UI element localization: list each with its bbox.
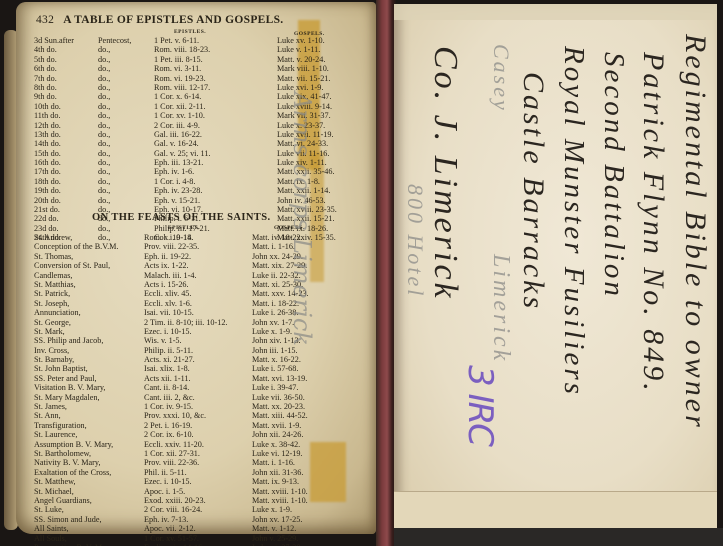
- sunday-label: 18th do.: [34, 177, 61, 186]
- epistle-ref: Acts. xi. 21-27.: [144, 355, 195, 364]
- gospel-ref: John iii. 1-15.: [252, 346, 298, 355]
- feast-name: St. Joseph,: [34, 299, 69, 308]
- epistle-ref: Eccli. xliv. 45.: [144, 289, 191, 298]
- inscription-line: Royal Munster Fusiliers: [557, 46, 590, 397]
- epistle-ref: 2 Cor. viii. 16-24.: [144, 505, 202, 514]
- epistle-ref: 2 Pet. i. 16-19.: [144, 421, 192, 430]
- sunday-label: 11th do.: [34, 111, 61, 120]
- feast-name: All Saints,: [34, 524, 69, 533]
- feast-name: St. Bartholomew,: [34, 449, 91, 458]
- feast-name: St. James,: [34, 402, 67, 411]
- gospel-ref: Matt. i. 1-16.: [252, 458, 295, 467]
- sunday-label: 7th do.: [34, 74, 57, 83]
- epistle-ref: Prov. viii. 22-35.: [144, 242, 199, 251]
- feast-name: St. Matthias,: [34, 280, 76, 289]
- book-cover-edge: [394, 528, 723, 546]
- feast-name: St. Mary Magdalen,: [34, 393, 100, 402]
- gospel-ref: Matt. ix. 9-13.: [252, 477, 299, 486]
- gospel-ref: John xii. 24-26.: [252, 430, 303, 439]
- epistle-ref: Eph. ii. 19-22.: [144, 252, 191, 261]
- epistle-ref: Apoc. i. 1-5.: [144, 487, 185, 496]
- epistle-ref: Cant. ii. 8-14.: [144, 383, 189, 392]
- season-label: do.,: [98, 177, 110, 186]
- gospel-ref: Matt. xviii. 1-10.: [252, 487, 308, 496]
- sunday-label: 9th do.: [34, 92, 57, 101]
- gospel-ref: Matt. xviii. 1-10.: [252, 496, 308, 505]
- epistle-ref: 2 Cor. iii. 4-9.: [154, 121, 200, 130]
- epistle-ref: Philip. ii. 5-11.: [144, 346, 193, 355]
- epistles-header: EPISTLES.: [174, 29, 206, 35]
- sunday-label: 5th do.: [34, 55, 57, 64]
- season-label: do.,: [98, 92, 110, 101]
- inscription-line: Regimental Bible to owner: [678, 34, 712, 430]
- saints-section-title: ON THE FEASTS OF THE SAINTS.: [92, 212, 270, 223]
- epistle-ref: Eph. iii. 13-21.: [154, 158, 203, 167]
- season-label: do.,: [98, 74, 110, 83]
- epistle-ref: Malach. iii. 1-4.: [144, 271, 197, 280]
- epistle-ref: 1 Cor. xii. 27-31.: [144, 449, 200, 458]
- season-label: do.,: [98, 149, 110, 158]
- feast-name: SS. Peter and Paul,: [34, 374, 97, 383]
- epistle-ref: 1 Cor. xv. 51-57.: [144, 534, 199, 543]
- season-label: do.,: [98, 64, 110, 73]
- gospel-ref: Luke x. 1-9.: [252, 505, 292, 514]
- book-spine: [376, 0, 396, 546]
- sunday-label: 13th do.: [34, 130, 61, 139]
- page-number: 432: [36, 14, 60, 26]
- gospel-ref: Matt. x. 16-22.: [252, 355, 301, 364]
- page-header: 432 A TABLE OF EPISTLES AND GOSPELS.: [36, 14, 283, 26]
- epistle-ref: Ezec. i. 10-15.: [144, 327, 192, 336]
- page-strip: [394, 491, 717, 528]
- gospel-ref: Luke x. 38-42.: [252, 440, 300, 449]
- feast-name: St. Andrew,: [34, 233, 72, 242]
- feast-name: Annunciation,: [34, 308, 81, 317]
- gospel-ref: Luke v. 1-11.: [277, 45, 320, 54]
- inscription-line: Co. J. Limerick: [426, 46, 464, 301]
- season-label: do.,: [98, 186, 110, 195]
- pencil-margin-note: Arms corps Limerick: [288, 92, 316, 346]
- feast-name: St. Ann,: [34, 411, 61, 420]
- gospel-ref: Luke i. 57-68.: [252, 364, 298, 373]
- left-page: 432 A TABLE OF EPISTLES AND GOSPELS. EPI…: [16, 2, 376, 534]
- inscription-line: Second Battalion: [597, 52, 630, 299]
- feast-name: St. Mark,: [34, 327, 65, 336]
- gospel-ref: Luke vii. 36-50.: [252, 393, 305, 402]
- season-label: do.,: [98, 111, 110, 120]
- epistle-ref: 1 Cor. x. 6-14.: [154, 92, 201, 101]
- season-label: do.,: [98, 130, 110, 139]
- season-label: do.,: [98, 233, 110, 242]
- inscription-line: Patrick Flynn No. 849.: [636, 52, 670, 394]
- sunday-label: 17th do.: [34, 167, 61, 176]
- gospel-ref: Mark viii. 1-10.: [277, 64, 329, 73]
- gospel-ref: Matt. xiii. 44-52.: [252, 411, 308, 420]
- feast-name: St. Barnaby,: [34, 355, 74, 364]
- feast-name: Inv. Cross,: [34, 346, 69, 355]
- epistle-ref: 1 Cor. i. 4-8.: [154, 177, 195, 186]
- epistle-ref: Gal. iii. 16-22.: [154, 130, 202, 139]
- epistle-ref: 1 Pet. v. 6-11.: [154, 36, 199, 45]
- epistle-ref: Rom. x. 10-18.: [144, 233, 193, 242]
- sunday-label: 3d Sun.after: [34, 36, 74, 45]
- sunday-label: 4th do.: [34, 45, 57, 54]
- epistle-ref: Isai. xlix. 1-8.: [144, 364, 190, 373]
- pencil-note: 800 Hotel: [402, 184, 428, 298]
- epistle-ref: 1 Pet. iii. 8-15.: [154, 55, 203, 64]
- saints-epistles-header: EPISTLES.: [168, 225, 200, 231]
- sunday-label: 10th do.: [34, 102, 61, 111]
- feast-name: St. Luke,: [34, 505, 64, 514]
- epistle-ref: Rom. vi. 19-23.: [154, 74, 206, 83]
- feast-name: St. Thomas,: [34, 252, 73, 261]
- gospel-ref: Matt. vii. 15-21.: [277, 74, 330, 83]
- feast-name: SS. Philip and Jacob,: [34, 336, 103, 345]
- epistle-ref: 1 Cor. xv. 1-10.: [154, 111, 205, 120]
- epistle-ref: Eph. v. 15-21.: [154, 196, 200, 205]
- feast-name: Transfiguration,: [34, 421, 87, 430]
- season-label: do.,: [98, 55, 110, 64]
- epistle-ref: Eccli. xlv. 1-6.: [144, 299, 192, 308]
- feast-name: St. Michael,: [34, 487, 74, 496]
- gospel-ref: Luke xvi. 1-9.: [277, 83, 323, 92]
- gospel-ref: John v. 25-29.: [252, 534, 298, 543]
- gospel-ref: Matt. v. 1-12.: [252, 524, 296, 533]
- page-title: A TABLE OF EPISTLES AND GOSPELS.: [63, 14, 283, 26]
- feast-name: St. Laurence,: [34, 430, 77, 439]
- gospel-ref: Matt. xvii. 1-9.: [252, 421, 301, 430]
- gospel-ref: Matt. v. 20-24.: [277, 55, 325, 64]
- gospel-ref: John xv. 17-25.: [252, 515, 302, 524]
- sunday-label: 19th do.: [34, 186, 61, 195]
- feast-name: St. John Baptist,: [34, 364, 88, 373]
- stain: [310, 442, 346, 502]
- season-label: do.,: [98, 45, 110, 54]
- right-page: Regimental Bible to owner Patrick Flynn …: [394, 4, 717, 528]
- open-book-photo: 432 A TABLE OF EPISTLES AND GOSPELS. EPI…: [0, 0, 723, 546]
- epistle-ref: Isai. vii. 10-15.: [144, 308, 194, 317]
- season-label: do.,: [98, 121, 110, 130]
- feast-name: Conversion of St. Paul,: [34, 261, 110, 270]
- season-label: do.,: [98, 196, 110, 205]
- season-label: do.,: [98, 83, 110, 92]
- pencil-note: Casey: [488, 44, 514, 113]
- gospel-ref: Luke vi. 12-19.: [252, 449, 302, 458]
- feast-name: Candlemas,: [34, 271, 72, 280]
- epistle-ref: 1 Cor. iv. 9-15.: [144, 402, 193, 411]
- season-label: do.,: [98, 158, 110, 167]
- epistle-ref: Gal. v. 16-24.: [154, 139, 199, 148]
- epistle-ref: Eccli. xxiv. 11-20.: [144, 440, 204, 449]
- sunday-label: 14th do.: [34, 139, 61, 148]
- gospel-ref: Luke xv. 1-10.: [277, 36, 325, 45]
- sunday-label: 8th do.: [34, 83, 57, 92]
- epistle-ref: Prov. viii. 22-36.: [144, 458, 199, 467]
- gospel-ref: John xii. 31-36.: [252, 468, 303, 477]
- season-label: do.,: [98, 139, 110, 148]
- feast-name: Assumption B. V. Mary,: [34, 440, 113, 449]
- page-strip: [394, 4, 717, 20]
- sunday-label: 16th do.: [34, 158, 61, 167]
- feast-name: SS. Simon and Jude,: [34, 515, 102, 524]
- epistle-ref: 1 Cor. xii. 2-11.: [154, 102, 206, 111]
- epistle-ref: Prov. xxxi. 10, &c.: [144, 411, 206, 420]
- feast-name: Visitation B. V. Mary,: [34, 383, 105, 392]
- epistle-ref: 2 Cor. ix. 6-10.: [144, 430, 194, 439]
- sunday-label: 15th do.: [34, 149, 61, 158]
- sunday-label: 12th do.: [34, 121, 61, 130]
- feast-name: St. George,: [34, 318, 71, 327]
- season-label: do.,: [98, 167, 110, 176]
- epistle-ref: Wis. v. 1-5.: [144, 336, 182, 345]
- feast-name: Exaltation of the Cross,: [34, 468, 111, 477]
- epistle-ref: Eph. iv. 7-13.: [144, 515, 188, 524]
- sunday-label: 22d do.: [34, 214, 59, 223]
- gospel-ref: Matt. xvi. 13-19.: [252, 374, 307, 383]
- sunday-label: 21st do.: [34, 205, 60, 214]
- season-label: do.,: [98, 224, 110, 233]
- epistle-ref: Rom. vi. 3-11.: [154, 64, 201, 73]
- epistle-ref: Ezec. i. 10-15.: [144, 477, 192, 486]
- epistle-ref: Acts i. 15-26.: [144, 280, 189, 289]
- inscription-line: Castle Barracks: [516, 72, 550, 311]
- epistle-ref: Acts ix. 1-22.: [144, 261, 189, 270]
- season-label: Pentecost,: [98, 36, 131, 45]
- epistle-ref: Phil. ii. 5-11.: [144, 468, 187, 477]
- epistle-ref: 2 Tim. ii. 8-10; iii. 10-12.: [144, 318, 227, 327]
- pencil-note: Limerick: [487, 254, 514, 363]
- season-label: do.,: [98, 102, 110, 111]
- epistle-ref: Exod. xxiii. 20-23.: [144, 496, 206, 505]
- feast-name: St. Patrick,: [34, 289, 70, 298]
- epistle-ref: Rom. viii. 12-17.: [154, 83, 210, 92]
- epistle-ref: Eph. iv. 1-6.: [154, 167, 194, 176]
- epistle-ref: Acts xii. 1-11.: [144, 374, 191, 383]
- epistle-ref: Gal. v. 25; vi. 11.: [154, 149, 210, 158]
- sunday-label: 6th do.: [34, 64, 57, 73]
- gospel-ref: Matt. xx. 20-23.: [252, 402, 305, 411]
- epistle-ref: Rom. viii. 18-23.: [154, 45, 210, 54]
- gospel-ref: Luke x. 1-9.: [252, 327, 292, 336]
- sunday-label: 23d do.: [34, 224, 59, 233]
- sunday-label: 20th do.: [34, 196, 61, 205]
- epistle-ref: Cant. iii. 2, &c.: [144, 393, 195, 402]
- feast-name: Angel Guardians,: [34, 496, 92, 505]
- feast-name: All Souls,: [34, 534, 67, 543]
- epistle-ref: Eph. iv. 23-28.: [154, 186, 202, 195]
- feast-name: St. Matthew,: [34, 477, 76, 486]
- purple-ink-mark: 3 IRC: [460, 365, 500, 445]
- gospel-ref: Luke i. 39-47.: [252, 383, 298, 392]
- feast-name: Conception of the B.V.M.: [34, 242, 118, 251]
- feast-name: Nativity B. V. Mary,: [34, 458, 101, 467]
- epistle-ref: Apoc. vii. 2-12.: [144, 524, 196, 533]
